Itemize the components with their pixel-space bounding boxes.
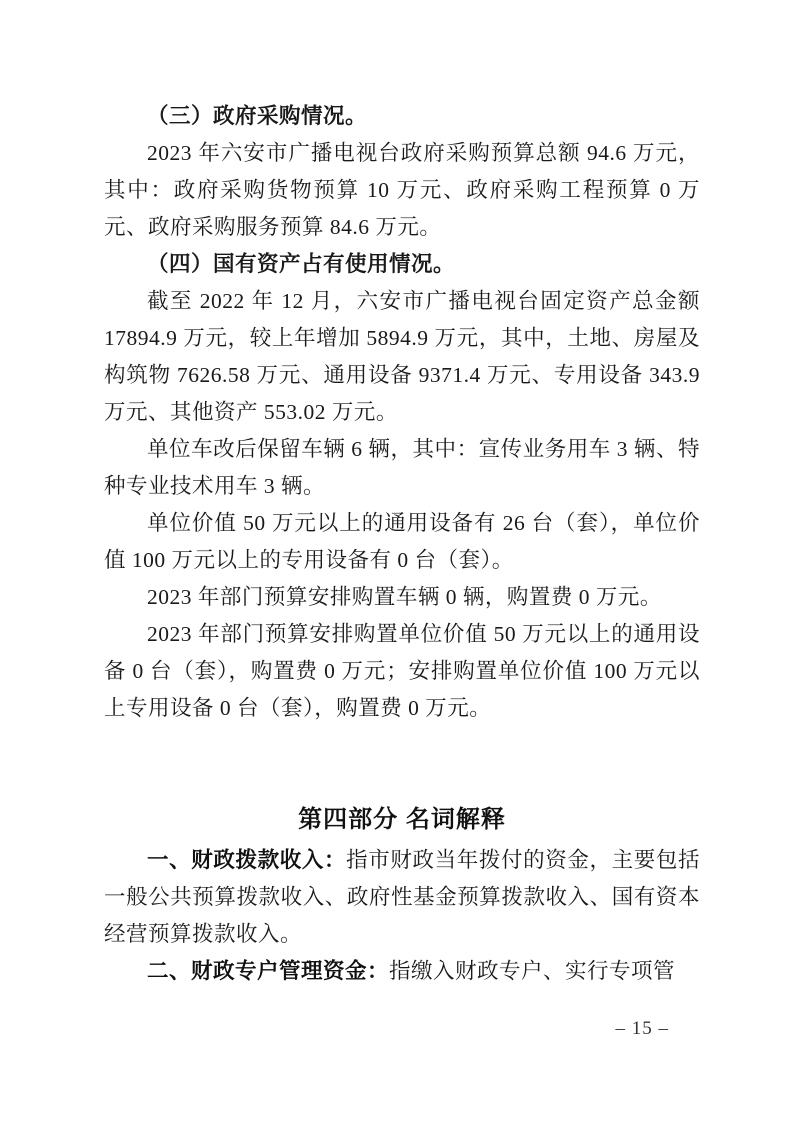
section-4-equipment-paragraph: 单位价值 50 万元以上的通用设备有 26 台（套），单位价值 100 万元以上…: [104, 505, 700, 579]
term-fiscal-appropriation: 一、财政拨款收入：指市财政当年拨付的资金，主要包括一般公共预算拨款收入、政府性基…: [104, 842, 700, 953]
section-4-assets-paragraph: 截至 2022 年 12 月，六安市广播电视台固定资产总金额 17894.9 万…: [104, 283, 700, 431]
term-special-account-funds-lead: 二、财政专户管理资金：: [147, 959, 389, 983]
section-4-vehicles-paragraph: 单位车改后保留车辆 6 辆，其中：宣传业务用车 3 辆、特种专业技术用车 3 辆…: [104, 431, 700, 505]
page-number: – 15 –: [616, 1017, 670, 1041]
part4-title: 第四部分 名词解释: [104, 798, 700, 842]
section-4-vehicle-purchase-paragraph: 2023 年部门预算安排购置车辆 0 辆，购置费 0 万元。: [104, 579, 700, 616]
term-special-account-funds: 二、财政专户管理资金：指缴入财政专户、实行专项管: [104, 953, 700, 990]
page-content: （三）政府采购情况。 2023 年六安市广播电视台政府采购预算总额 94.6 万…: [104, 98, 700, 990]
section-3-procurement-paragraph: 2023 年六安市广播电视台政府采购预算总额 94.6 万元，其中：政府采购货物…: [104, 135, 700, 246]
section-4-heading: （四）国有资产占有使用情况。: [104, 246, 700, 283]
section-4-equipment-purchase-paragraph: 2023 年部门预算安排购置单位价值 50 万元以上的通用设备 0 台（套），购…: [104, 616, 700, 727]
document-page: （三）政府采购情况。 2023 年六安市广播电视台政府采购预算总额 94.6 万…: [0, 0, 793, 1122]
term-fiscal-appropriation-lead: 一、财政拨款收入：: [147, 848, 346, 872]
term-special-account-funds-text: 指缴入财政专户、实行专项管: [389, 959, 675, 983]
section-3-heading: （三）政府采购情况。: [104, 98, 700, 135]
